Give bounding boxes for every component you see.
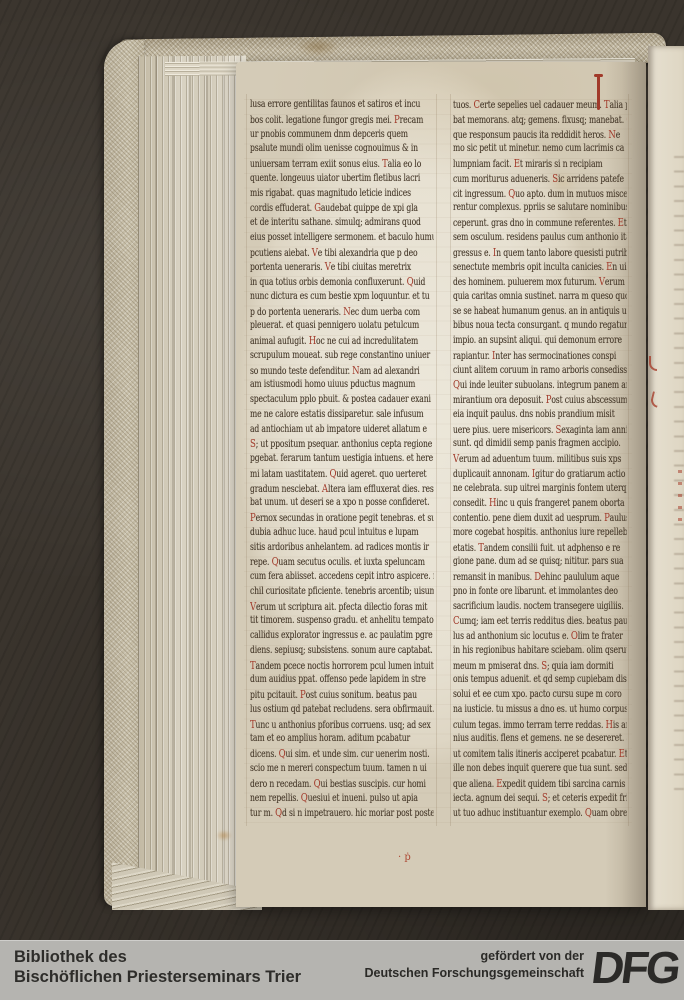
rubric-initial: E [606,260,612,273]
rubric-initial: S [556,423,562,436]
rubric-initial: S [552,172,558,185]
manuscript-line: ur pnobis communem dnm depceris quem [250,128,434,143]
manuscript-line: ne celebrata. sup uitrei marginis fontem… [453,482,627,497]
book-fore-edge-pages [138,56,246,907]
manuscript-line: gradum nesciebat. Altera iam effluxerat … [250,482,434,497]
manuscript-line: consedit. Hinc u quis frangeret panem ob… [453,496,627,511]
manuscript-line: spectaculum pplo pbuit. & postea cadauer… [250,393,434,408]
manuscript-line: que responsum paucis ita reddidit heros.… [453,128,627,143]
manuscript-line: in qua totius orbis demonia confluxerunt… [250,275,434,290]
rubric-initial: E [514,157,520,170]
manuscript-line: tam et eo amplius horam. aditum pcabatur [250,732,434,747]
manuscript-line: sacrificium laudis. noctem transegere ui… [453,600,627,615]
manuscript-line: etatis. Tandem consilii fuit. ut adphens… [453,541,627,556]
manuscript-line: lumpniam facit. Et miraris si n recipiam [453,157,627,172]
library-name-line1: Bibliothek des [14,947,301,967]
rubric-initial: Q [275,806,282,819]
manuscript-line: Tandem pcece noctis horrorem pcul lumen … [250,659,434,674]
manuscript-line: scrupulum moueat. sub rege constantino u… [250,349,434,364]
manuscript-line: solui et ee cum xpo. pacto cursu supe m … [453,688,627,703]
manuscript-line: in his regionibus habitare sciebam. olim… [453,644,627,659]
manuscript-line: des hominem. puluerem mox futurum. Verum [453,275,627,290]
manuscript-line: gressus e. In quem tanto labore quesisti… [453,246,627,261]
manuscript-line: se se habeat humanum genus. an in antiqu… [453,305,627,320]
manuscript-line: S; ut ppositum psequar. anthonius cepta … [250,437,434,452]
rubric-initial: N [343,305,350,318]
manuscript-line: Tunc u anthonius pforibus corruens. usq;… [250,718,434,733]
rubric-initial: V [312,246,318,259]
rubric-initial: T [478,541,484,554]
manuscript-line: rapiantur. Inter has sermocinationes con… [453,349,627,364]
manuscript-line: dero n recedam. Qui bestias suscipis. cu… [250,777,434,792]
manuscript-line: ille non debes inquit querere que tua su… [453,762,627,777]
rubric-initial: Q [301,791,308,804]
manuscript-line: ceperunt. gras dno in commune referentes… [453,216,627,231]
manuscript-line: ut comitem talis itineris acciperet pcab… [453,747,627,762]
manuscript-line: Cumq; iam eet terris redditus dies. beat… [453,614,627,629]
rubric-initial: H [309,334,316,347]
rubric-initial: V [453,452,459,465]
manuscript-line: ut tuo adhuc instituantur exemplo. Quam … [453,806,627,821]
manuscript-line: contentio. pene diem duxit ad uesprum. P… [453,511,627,526]
manuscript-line: chil curiositate pficiente. tenebris arc… [250,585,434,600]
manuscript-line: quente. longeuus uiator ubertim fletibus… [250,172,434,187]
rubric-initial: Q [453,378,460,391]
rubric-initial: I [493,246,496,259]
rubric-initial: P [546,393,552,406]
rubric-initial: N [352,364,359,377]
funding-credit: gefördert von der Deutschen Forschungsge… [365,948,585,982]
rubric-initial: V [325,260,331,273]
manuscript-line: me ne calore estatis dissiparetur. sale … [250,408,434,423]
manuscript-line: portenta ueneraris. Ve tibi ciuitas mere… [250,260,434,275]
rubric-initial: P [394,113,400,126]
manuscript-line: ad antiochiam ut ab impatore uideret all… [250,423,434,438]
rubric-initial: S [541,659,547,672]
manuscript-line: bibus noua tecta consurgant. q mundo reg… [453,319,627,334]
rubric-initial: H [606,718,613,731]
manuscript-line: cum moriturus adueneris. Sic arridens pa… [453,172,627,187]
ruling-vertical [450,94,451,826]
manuscript-line: animal aufugit. Hoc ne cui ad incredulit… [250,334,434,349]
manuscript-photo-stage: lusa errore gentilitas faunos et satiros… [0,0,684,1000]
rubric-initial: C [453,614,459,627]
manuscript-line: diens. sepiusq; subsistens. sonum aure c… [250,644,434,659]
text-column-left: lusa errore gentilitas faunos et satiros… [250,98,434,821]
rubric-initial: V [599,275,605,288]
rubric-initial: Q [585,806,592,819]
manuscript-line: nunc dictura es cum bestie xpm loquuntur… [250,290,434,305]
rubric-initial: E [496,777,502,790]
manuscript-line: eia inquit paulus. dns nobis prandium mi… [453,408,627,423]
rubric-initial: P [250,511,256,524]
manuscript-line: tur m. Qd si n impetrauero. hic moriar p… [250,806,434,821]
rubric-initial: I [492,349,495,362]
rubric-initial: Q [407,275,414,288]
manuscript-line: sunt. qd dimidii semp panis fragmen acci… [453,437,627,452]
rubric-initial: T [604,98,610,111]
manuscript-line: ciunt alitem coruum in ramo arboris cons… [453,364,627,379]
manuscript-line: pgebat. ferarum tantum uestigia intuens.… [250,452,434,467]
text-column-right: tuos. Certe sepelies uel cadauer meum. T… [453,98,627,821]
manuscript-line: dubia adhuc luce. haud pcul intuitus e l… [250,526,434,541]
rubric-initial: I [532,467,535,480]
manuscript-line: meum m pmiserat dns. S; quia iam dormiti [453,659,627,674]
rubric-initial: C [473,98,479,111]
ruling-vertical [246,94,247,826]
manuscript-line: onis tempus aduenit. et qd semp cupiebam… [453,673,627,688]
rubric-initial: Q [279,747,286,760]
manuscript-line: bos colit. legatione fungor gregis mei. … [250,113,434,128]
manuscript-line: cum fera abiisset. accedens cepit intro … [250,570,434,585]
manuscript-line: dicens. Qui sim. et unde sim. cur ueneri… [250,747,434,762]
manuscript-line: cordis effuderat. Gaudebat quippe de xpi… [250,201,434,216]
manuscript-line: dum auidius ppat. offenso pede lapidem i… [250,673,434,688]
rubric-initial: P [604,511,610,524]
rubric-initial: T [250,718,256,731]
rubric-ascender-T [597,74,600,110]
manuscript-line: mis rigabat. quas magnitudo leticie indi… [250,187,434,202]
manuscript-line: scio me n mereri conspectum tuum. tamen … [250,762,434,777]
manuscript-line: sitis ardoribus anhelantem. ad radices m… [250,541,434,556]
ruling-vertical [436,94,437,826]
manuscript-line: iecta. agnum dei sequi. S; et ceteris ex… [453,791,627,806]
manuscript-line: na iusticie. tu missus a dno es. ut humo… [453,703,627,718]
manuscript-line: Verum ad aduentum tuum. militibus suis x… [453,452,627,467]
manuscript-line: mi latam uastitatem. Quid ageret. quo ue… [250,467,434,482]
manuscript-line: tuos. Certe sepelies uel cadauer meum. T… [453,98,627,113]
dfg-logo: DFG [589,942,681,994]
rubric-initial: H [489,496,496,509]
library-name-line2: Bischöflichen Priesterseminars Trier [14,967,301,987]
quire-mark: · ṗ [398,852,411,863]
rubric-initial: E [619,747,625,760]
manuscript-line: senectute membris opit inculta canicies.… [453,260,627,275]
rubric-initial: T [382,157,388,170]
manuscript-line: sem osculum. residens paulus cum anthoni… [453,231,627,246]
manuscript-line: Verum ut scriptura ait. pfecta dilectio … [250,600,434,615]
manuscript-line: lus ad anthonium sic locutus e. Olim te … [453,629,627,644]
rubric-edge-marks [678,470,682,528]
manuscript-line: et de interitu sathane. simulq; admirans… [250,216,434,231]
library-banner: Bibliothek des Bischöflichen Priestersem… [0,940,684,1000]
rubric-initial: Q [314,777,321,790]
manuscript-line: cit ingressum. Quo apto. dum in mutuos m… [453,187,627,202]
manuscript-line: nem repellis. Quesiui et inueni. pulso u… [250,791,434,806]
manuscript-line: gione pane. dum ad se quisq; nititur. pa… [453,555,627,570]
manuscript-line: Qui inde leuiter subuolans. integrum pan… [453,378,627,393]
ruling-vertical [628,94,629,826]
manuscript-line: bat memorans. atq; gemens. fixusq; maneb… [453,113,627,128]
manuscript-line: que aliena. Expedit quidem tibi sarcina … [453,777,627,792]
library-name: Bibliothek des Bischöflichen Priestersem… [14,947,301,987]
manuscript-line: uere pius. uere misericors. Sexaginta ia… [453,423,627,438]
rubric-initial: Q [508,187,515,200]
manuscript-line: rentur complexus. ppriis se salutare nom… [453,201,627,216]
manuscript-line: mirantium ora deposuit. Post cuius absce… [453,393,627,408]
rubric-initial: O [571,629,578,642]
manuscript-line: culum tegas. immo terram terre reddas. H… [453,718,627,733]
manuscript-line: so mundo teste defenditur. Nam ad alexan… [250,364,434,379]
manuscript-line: Pernox secundas in oratione pegit tenebr… [250,511,434,526]
rubric-initial: N [608,128,615,141]
rubric-initial: S [250,437,256,450]
rubric-initial: E [618,216,624,229]
rubric-initial: A [322,482,328,495]
manuscript-line: more cogebat hospitis. anthonius iure re… [453,526,627,541]
funding-line1: gefördert von der [365,948,585,965]
rubric-initial: Q [330,467,337,480]
rubric-initial: D [534,570,541,583]
manuscript-line: tit timorem. suspenso gradu. et anhelitu… [250,614,434,629]
rubric-initial: S [542,791,548,804]
manuscript-line: impio. an supsint aliqui. qui demonum er… [453,334,627,349]
manuscript-line: pno in fonte ore libarunt. et immolantes… [453,585,627,600]
funding-line2: Deutschen Forschungsgemeinschaft [365,965,585,982]
manuscript-line: repe. Quam secutus oculis. et iuxta spel… [250,555,434,570]
rubric-initial: G [314,201,321,214]
manuscript-line: p do portenta ueneraris. Nec dum uerba c… [250,305,434,320]
manuscript-line: remansit in manibus. Dehinc paululum aqu… [453,570,627,585]
manuscript-line: duplicauit annonam. Igitur do gratiarum … [453,467,627,482]
manuscript-line: psalute mundi olim uenisse cognouimus & … [250,142,434,157]
manuscript-line: nius auditis. flens et gemens. ne se des… [453,732,627,747]
manuscript-line: mo sic petit ut minetur. nemo cum lacrim… [453,142,627,157]
manuscript-line: quia caritas omnia sustinet. narra m que… [453,290,627,305]
rubric-initial: P [300,688,306,701]
manuscript-line: pcutiens aiebat. Ve tibi alexandria que … [250,246,434,261]
manuscript-line: am istiusmodi homo uiuus pductus magnum [250,378,434,393]
manuscript-line: uniuersam terram exiit sonus eius. Talia… [250,157,434,172]
manuscript-line: lus ostium qd patebat recludens. sera ob… [250,703,434,718]
rubric-initial: V [250,600,256,613]
manuscript-line: eius posset intelligere sermonem. et bac… [250,231,434,246]
manuscript-line: pleuerat. et quasi pennigero uolatu petu… [250,319,434,334]
rubric-initial: T [250,659,256,672]
manuscript-line: lusa errore gentilitas faunos et satiros… [250,98,434,113]
rubric-initial: Q [272,555,279,568]
manuscript-line: pitu pcitauit. Post cuius sonitum. beatu… [250,688,434,703]
manuscript-line: bat unum. ut deseri se a xpo n posse con… [250,496,434,511]
manuscript-line: callidus explorator ingressus e. ac paul… [250,629,434,644]
